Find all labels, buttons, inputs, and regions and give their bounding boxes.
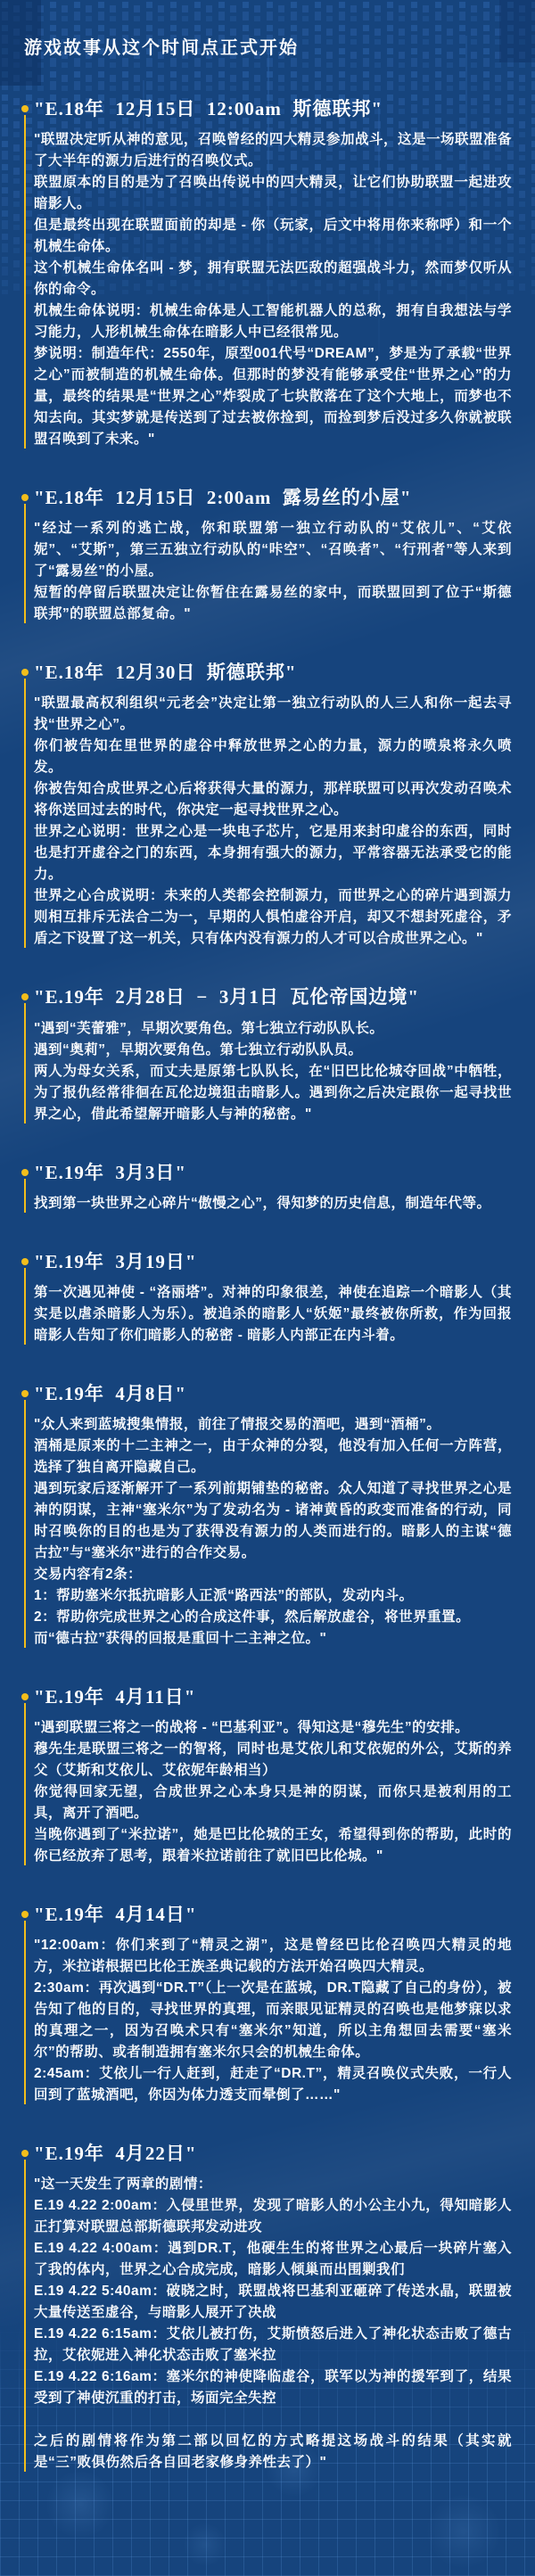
section-title: "E.19年 4月14日": [34, 1904, 512, 1925]
timeline-line: [24, 2160, 26, 2472]
timeline-line: [24, 1921, 26, 2104]
section-title: "E.18年 12月15日 2:00am 露易丝的小屋": [34, 487, 512, 508]
section-title: "E.19年 2月28日 − 3月1日 瓦伦帝国边境": [34, 986, 512, 1008]
section-body: "12:00am：你们来到了“精灵之湖”，这是曾经巴比伦召唤四大精灵的地方，米拉…: [34, 1935, 512, 2106]
timeline-bullet-icon: [21, 2150, 29, 2157]
section-body: 找到第一块世界之心碎片“傲慢之心”，得知梦的历史信息，制造年代等。: [34, 1193, 512, 1214]
timeline-section: "E.19年 4月22日" "这一天发生了两章的剧情： E.19 4.22 2:…: [24, 2143, 512, 2473]
timeline-bullet-icon: [21, 1258, 29, 1265]
section-body: "遇到联盟三将之一的战将 - “巴基利亚”。得知这是“穆先生”的安排。 穆先生是…: [34, 1717, 512, 1867]
timeline-bullet-icon: [21, 993, 29, 1000]
section-body: 第一次遇见神使 - “洛丽塔”。对神的印象很差，神使在追踪一个暗影人（其实是以虐…: [34, 1282, 512, 1346]
timeline-section: "E.19年 4月8日" "众人来到蓝城搜集情报，前往了情报交易的酒吧，遇到“酒…: [24, 1383, 512, 1650]
section-title: "E.19年 4月8日": [34, 1383, 512, 1404]
timeline-section: "E.19年 3月19日" 第一次遇见神使 - “洛丽塔”。对神的印象很差，神使…: [24, 1251, 512, 1346]
section-title: "E.18年 12月30日 斯德联邦": [34, 662, 512, 683]
section-title: "E.19年 4月11日": [34, 1686, 512, 1708]
timeline-line: [24, 1268, 26, 1345]
timeline-line: [24, 504, 26, 623]
timeline-bullet-icon: [21, 1390, 29, 1397]
section-title: "E.19年 4月22日": [34, 2143, 512, 2164]
timeline-bullet-icon: [21, 1693, 29, 1700]
timeline-bullet-icon: [21, 1169, 29, 1176]
content-column: 游戏故事从这个时间点正式开始 "E.18年 12月15日 12:00am 斯德联…: [0, 0, 535, 2473]
timeline-line: [24, 115, 26, 449]
section-body: "经过一系列的逃亡战，你和联盟第一独立行动队的“艾依儿”、“艾依妮”、“艾斯”，…: [34, 518, 512, 625]
section-body: "众人来到蓝城搜集情报，前往了情报交易的酒吧，遇到“酒桶”。 酒桶是原来的十二主…: [34, 1414, 512, 1650]
section-title: "E.19年 3月19日": [34, 1251, 512, 1272]
timeline-bullet-icon: [21, 105, 29, 112]
timeline-line: [24, 1179, 26, 1213]
story-timeline-page: 游戏故事从这个时间点正式开始 "E.18年 12月15日 12:00am 斯德联…: [0, 0, 535, 2576]
section-body: "联盟最高权利组织“元老会”决定让第一独立行动队的人三人和你一起去寻找“世界之心…: [34, 693, 512, 950]
section-body: "联盟决定听从神的意见，召唤曾经的四大精灵参加战斗，这是一场联盟准备了大半年的源…: [34, 129, 512, 450]
section-title: "E.18年 12月15日 12:00am 斯德联邦": [34, 98, 512, 119]
timeline-section: "E.19年 3月3日" 找到第一块世界之心碎片“傲慢之心”，得知梦的历史信息，…: [24, 1162, 512, 1214]
timeline: "E.18年 12月15日 12:00am 斯德联邦" "联盟决定听从神的意见，…: [24, 98, 512, 2473]
page-title: 游戏故事从这个时间点正式开始: [24, 37, 512, 59]
timeline-bullet-icon: [21, 494, 29, 501]
timeline-line: [24, 679, 26, 948]
timeline-line: [24, 1003, 26, 1123]
timeline-section: "E.19年 4月14日" "12:00am：你们来到了“精灵之湖”，这是曾经巴…: [24, 1904, 512, 2106]
timeline-section: "E.19年 2月28日 − 3月1日 瓦伦帝国边境" "遇到“芙蕾雅”，早期次…: [24, 986, 512, 1124]
section-body: "遇到“芙蕾雅”，早期次要角色。第七独立行动队队长。 遇到“奥莉”，早期次要角色…: [34, 1018, 512, 1125]
section-title: "E.19年 3月3日": [34, 1162, 512, 1183]
timeline-bullet-icon: [21, 1911, 29, 1918]
section-body: "这一天发生了两章的剧情： E.19 4.22 2:00am：入侵里世界，发现了…: [34, 2174, 512, 2473]
timeline-section: "E.18年 12月30日 斯德联邦" "联盟最高权利组织“元老会”决定让第一独…: [24, 662, 512, 950]
timeline-line: [24, 1703, 26, 1865]
timeline-bullet-icon: [21, 669, 29, 676]
timeline-section: "E.18年 12月15日 12:00am 斯德联邦" "联盟决定听从神的意见，…: [24, 98, 512, 450]
timeline-section: "E.18年 12月15日 2:00am 露易丝的小屋" "经过一系列的逃亡战，…: [24, 487, 512, 625]
timeline-section: "E.19年 4月11日" "遇到联盟三将之一的战将 - “巴基利亚”。得知这是…: [24, 1686, 512, 1867]
timeline-line: [24, 1400, 26, 1648]
